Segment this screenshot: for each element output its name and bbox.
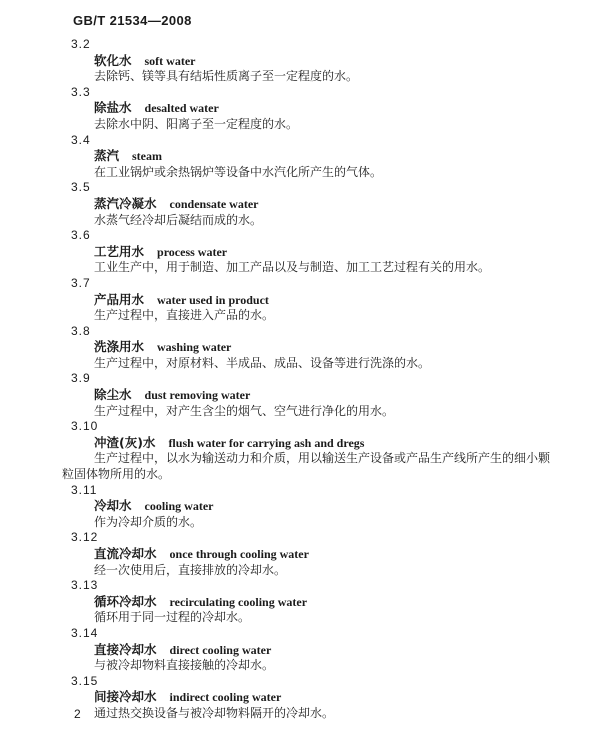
term-english: cooling water [145, 499, 214, 513]
term-definition: 循环用于同一过程的冷却水。 [62, 610, 560, 626]
term-chinese: 蒸汽 [94, 148, 119, 163]
term-definition: 水蒸气经冷却后凝结而成的水。 [62, 213, 560, 229]
term-entry: 3.11 冷却水cooling water 作为冷却介质的水。 [0, 483, 590, 531]
clause-number: 3.4 [71, 133, 590, 149]
clause-number: 3.8 [71, 324, 590, 340]
term-line: 间接冷却水indirect cooling water [94, 689, 590, 706]
clause-number: 3.12 [71, 530, 590, 546]
term-definition: 在工业锅炉或余热锅炉等设备中水汽化所产生的气体。 [62, 165, 560, 181]
term-line: 软化水soft water [94, 53, 590, 70]
standard-number-header: GB/T 21534—2008 [73, 13, 192, 28]
term-entry: 3.8 洗涤用水washing water 生产过程中，对原材料、半成品、成品、… [0, 324, 590, 372]
term-chinese: 产品用水 [94, 292, 144, 307]
term-definition: 生产过程中，以水为输送动力和介质，用以输送生产设备或产品生产线所产生的细小颗粒固… [62, 451, 560, 482]
term-chinese: 洗涤用水 [94, 339, 144, 354]
term-chinese: 除盐水 [94, 100, 132, 115]
term-definition: 工业生产中，用于制造、加工产品以及与制造、加工工艺过程有关的用水。 [62, 260, 560, 276]
term-english: condensate water [170, 197, 259, 211]
term-chinese: 直流冷却水 [94, 546, 157, 561]
term-chinese: 除尘水 [94, 387, 132, 402]
term-english: once through cooling water [170, 547, 309, 561]
term-line: 洗涤用水washing water [94, 339, 590, 356]
term-line: 工艺用水process water [94, 244, 590, 261]
term-entry: 3.7 产品用水water used in product 生产过程中，直接进入… [0, 276, 590, 324]
term-entry: 3.12 直流冷却水once through cooling water 经一次… [0, 530, 590, 578]
term-entry: 3.2 软化水soft water 去除钙、镁等具有结垢性质离子至一定程度的水。 [0, 37, 590, 85]
term-line: 循环冷却水recirculating cooling water [94, 594, 590, 611]
term-english: desalted water [145, 101, 219, 115]
document-page: GB/T 21534—2008 3.2 软化水soft water 去除钙、镁等… [0, 0, 590, 735]
term-chinese: 间接冷却水 [94, 689, 157, 704]
term-chinese: 冲渣(灰)水 [94, 435, 155, 450]
term-chinese: 软化水 [94, 53, 132, 68]
term-definition: 生产过程中，对产生含尘的烟气、空气进行净化的用水。 [62, 404, 560, 420]
term-definition: 作为冷却介质的水。 [62, 515, 560, 531]
term-english: flush water for carrying ash and dregs [168, 436, 364, 450]
term-chinese: 循环冷却水 [94, 594, 157, 609]
clause-number: 3.9 [71, 371, 590, 387]
term-definition: 与被冷却物料直接接触的冷却水。 [62, 658, 560, 674]
term-line: 蒸汽steam [94, 148, 590, 165]
term-english: indirect cooling water [170, 690, 282, 704]
term-line: 蒸汽冷凝水condensate water [94, 196, 590, 213]
term-chinese: 蒸汽冷凝水 [94, 196, 157, 211]
term-entry: 3.5 蒸汽冷凝水condensate water 水蒸气经冷却后凝结而成的水。 [0, 180, 590, 228]
term-line: 冲渣(灰)水flush water for carrying ash and d… [94, 435, 590, 452]
term-definition: 生产过程中，对原材料、半成品、成品、设备等进行洗涤的水。 [62, 356, 560, 372]
term-chinese: 直接冷却水 [94, 642, 157, 657]
clause-number: 3.3 [71, 85, 590, 101]
clause-number: 3.14 [71, 626, 590, 642]
term-entry: 3.10 冲渣(灰)水flush water for carrying ash … [0, 419, 590, 482]
term-entry: 3.13 循环冷却水recirculating cooling water 循环… [0, 578, 590, 626]
term-english: washing water [157, 340, 231, 354]
page-number: 2 [74, 707, 81, 721]
clause-number: 3.7 [71, 276, 590, 292]
term-english: recirculating cooling water [170, 595, 308, 609]
term-english: water used in product [157, 293, 269, 307]
term-entry: 3.4 蒸汽steam 在工业锅炉或余热锅炉等设备中水汽化所产生的气体。 [0, 133, 590, 181]
clause-number: 3.6 [71, 228, 590, 244]
clause-number: 3.10 [71, 419, 590, 435]
term-entry: 3.6 工艺用水process water 工业生产中，用于制造、加工产品以及与… [0, 228, 590, 276]
term-entry: 3.14 直接冷却水direct cooling water 与被冷却物料直接接… [0, 626, 590, 674]
term-english: dust removing water [145, 388, 251, 402]
term-line: 直流冷却水once through cooling water [94, 546, 590, 563]
terms-list: 3.2 软化水soft water 去除钙、镁等具有结垢性质离子至一定程度的水。… [0, 37, 590, 722]
clause-number: 3.13 [71, 578, 590, 594]
term-line: 直接冷却水direct cooling water [94, 642, 590, 659]
clause-number: 3.11 [71, 483, 590, 499]
term-chinese: 冷却水 [94, 498, 132, 513]
term-english: direct cooling water [170, 643, 272, 657]
term-definition: 生产过程中，直接进入产品的水。 [62, 308, 560, 324]
term-line: 冷却水cooling water [94, 498, 590, 515]
term-english: soft water [145, 54, 196, 68]
term-definition: 经一次使用后，直接排放的冷却水。 [62, 563, 560, 579]
term-line: 除盐水desalted water [94, 100, 590, 117]
term-chinese: 工艺用水 [94, 244, 144, 259]
clause-number: 3.15 [71, 674, 590, 690]
term-english: steam [132, 149, 162, 163]
term-line: 产品用水water used in product [94, 292, 590, 309]
clause-number: 3.2 [71, 37, 590, 53]
term-definition: 通过热交换设备与被冷却物料隔开的冷却水。 [62, 706, 560, 722]
term-entry: 3.3 除盐水desalted water 去除水中阴、阳离子至一定程度的水。 [0, 85, 590, 133]
term-definition: 去除钙、镁等具有结垢性质离子至一定程度的水。 [62, 69, 560, 85]
term-english: process water [157, 245, 227, 259]
term-definition: 去除水中阴、阳离子至一定程度的水。 [62, 117, 560, 133]
term-entry: 3.9 除尘水dust removing water 生产过程中，对产生含尘的烟… [0, 371, 590, 419]
term-line: 除尘水dust removing water [94, 387, 590, 404]
clause-number: 3.5 [71, 180, 590, 196]
term-entry: 3.15 间接冷却水indirect cooling water 通过热交换设备… [0, 674, 590, 722]
